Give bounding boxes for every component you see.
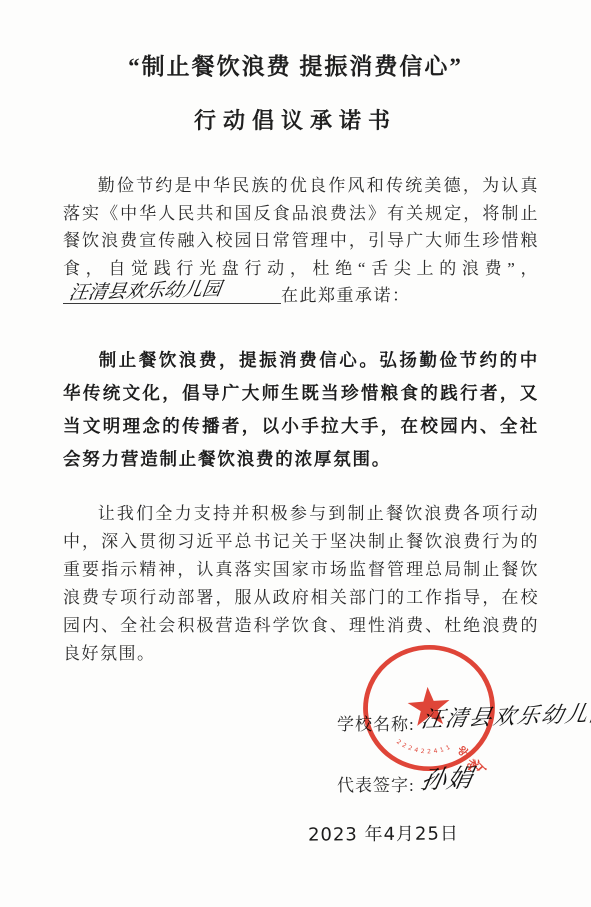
- paragraph-preamble: 勤俭节约是中华民族的优良作风和传统美德，为认真落实《中华人民共和国反食品浪费法》…: [63, 172, 539, 310]
- document-title-sub: 行动倡议承诺书: [0, 104, 591, 135]
- handwritten-date: 2023 年4月25日: [308, 819, 459, 846]
- paragraph-pledge-bold: 制止餐饮浪费，提振消费信心。弘扬勤俭节约的中华传统文化，倡导广大师生既当珍惜粮食…: [63, 344, 539, 476]
- stamp-serial-number: 222422411: [395, 735, 455, 758]
- handwritten-school-name-inline: 汪清县欢乐幼儿园: [67, 276, 223, 308]
- pledge-text: 制止餐饮浪费，提振消费信心。弘扬勤俭节约的中华传统文化，倡导广大师生既当珍惜粮食…: [63, 350, 539, 469]
- representative-label: 代表签字:: [337, 776, 415, 795]
- school-name-blank-underline: 汪清县欢乐幼儿园: [63, 282, 281, 304]
- document-title-main: “制止餐饮浪费 提振消费信心”: [0, 48, 591, 81]
- official-seal-stamp: 汪清县汪清镇欢乐幼儿园 왕청현왕청진환락유치원 222422411: [356, 637, 503, 778]
- stamp-star-icon: [407, 685, 452, 726]
- preamble-closing-text: 在此郑重承诺：: [281, 286, 411, 305]
- preamble-text: 勤俭节约是中华民族的优良作风和传统美德，为认真落实《中华人民共和国反食品浪费法》…: [63, 176, 539, 278]
- commitment-letter-page: “制止餐饮浪费 提振消费信心” 行动倡议承诺书 勤俭节约是中华民族的优良作风和传…: [0, 0, 591, 907]
- svg-text:222422411: 222422411: [395, 735, 455, 758]
